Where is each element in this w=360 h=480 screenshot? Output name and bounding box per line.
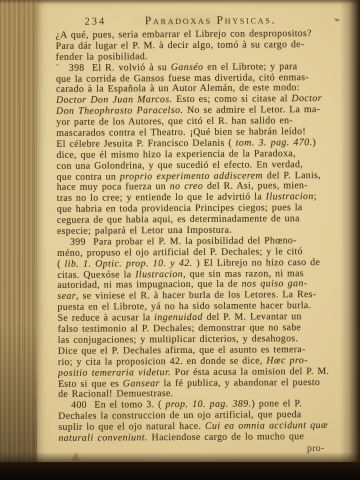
photo-background-band	[0, 462, 360, 480]
running-title: Paradoxas Physicas.	[126, 14, 294, 27]
catchword: pro-	[256, 443, 324, 454]
running-header: 234 Paradoxas Physicas.	[0, 14, 359, 31]
ink-speck	[56, 64, 59, 66]
page-content: 234 Paradoxas Physicas. ¿A qué, pues, se…	[0, 0, 360, 465]
page-number: 234	[84, 17, 106, 28]
body-text: ¿A qué, pues, seria embarrar el Librejo …	[56, 29, 355, 449]
book-scan-photo: 234 Paradoxas Physicas. ¿A qué, pues, se…	[0, 0, 360, 480]
ink-smudge	[71, 451, 81, 461]
